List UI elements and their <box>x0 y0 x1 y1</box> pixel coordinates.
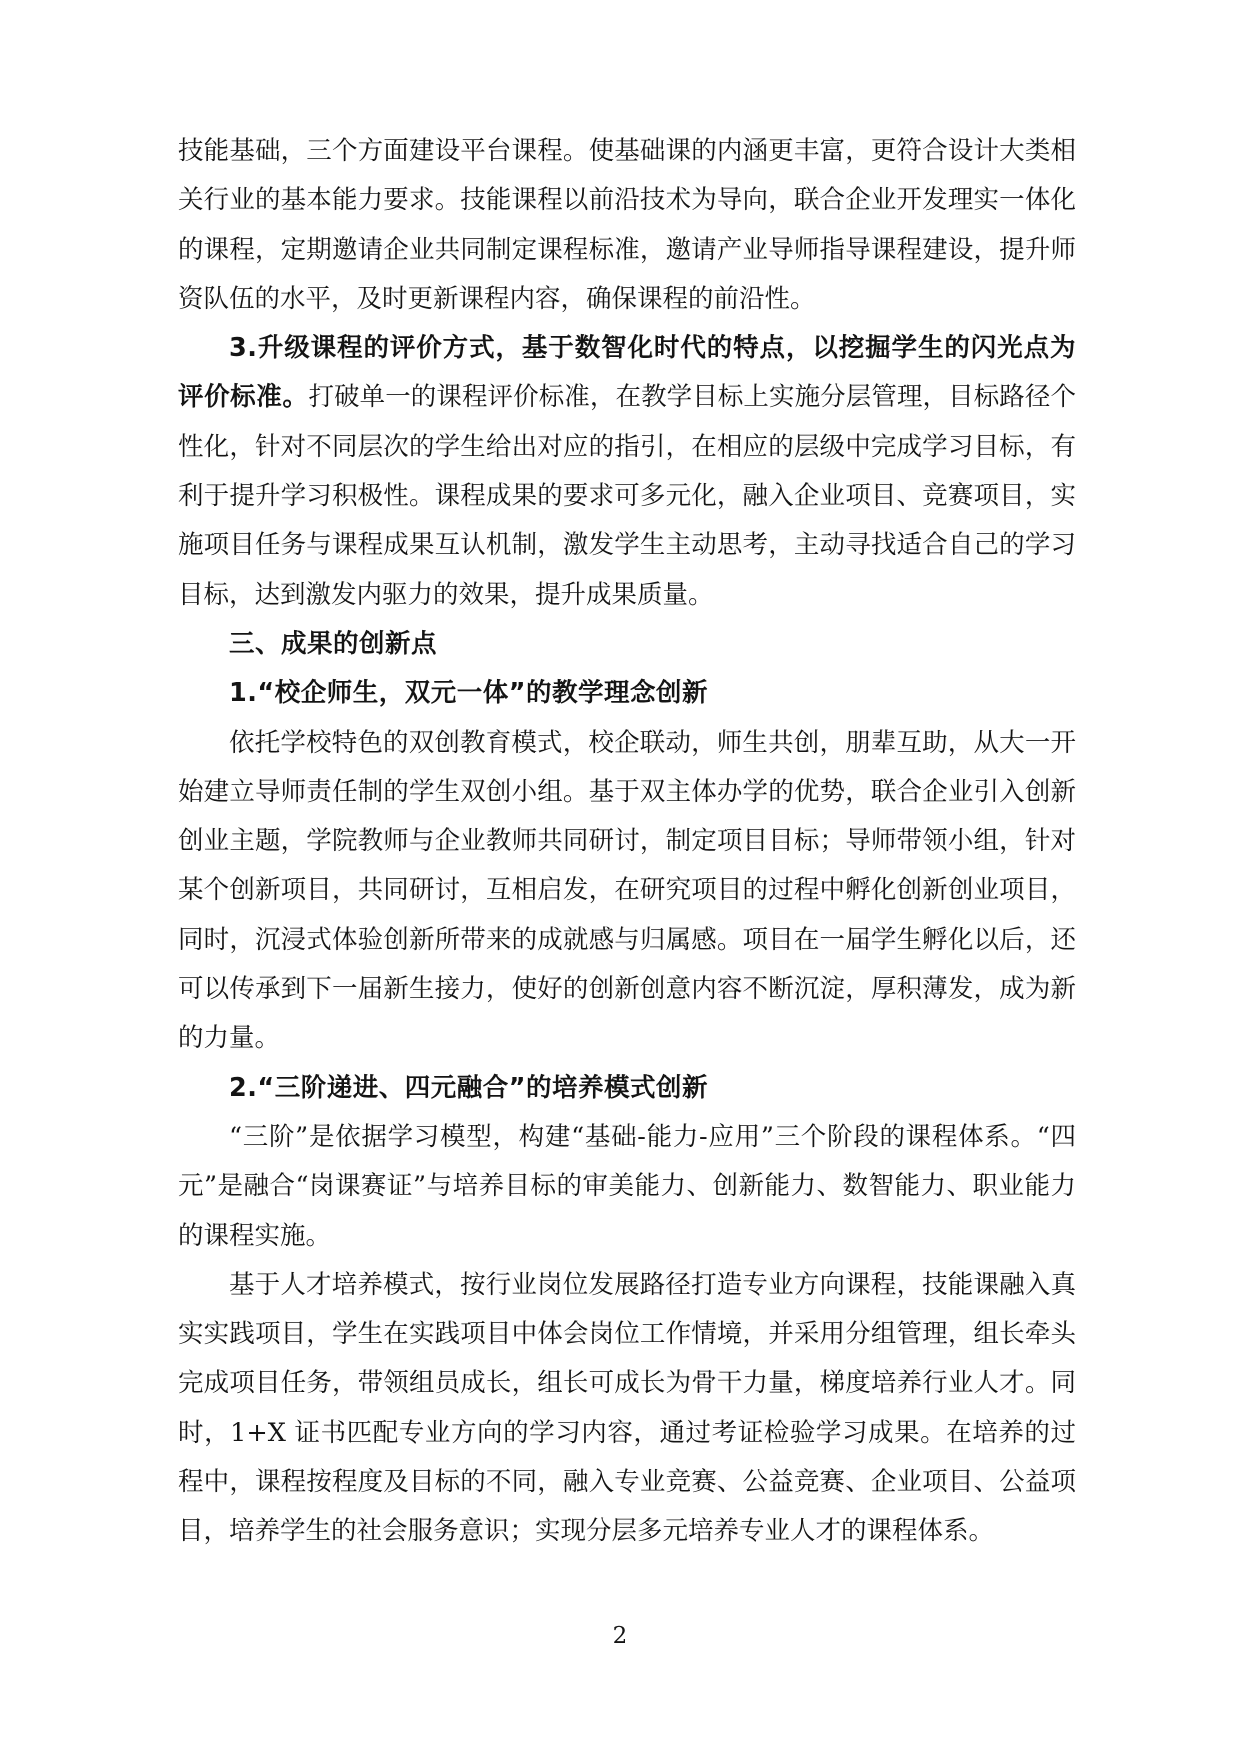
paragraph-talent-training: 基于人才培养模式，按行业岗位发展路径打造专业方向课程，技能课融入真实实践项目，学… <box>178 1261 1076 1557</box>
paragraph-three-stages: “三阶”是依据学习模型，构建“基础-能力-应用”三个阶段的课程体系。“四元”是融… <box>178 1113 1076 1261</box>
document-page: 技能基础，三个方面建设平台课程。使基础课的内涵更丰富，更符合设计大类相关行业的基… <box>0 0 1240 1753</box>
page-number: 2 <box>0 1622 1240 1650</box>
paragraph-evaluation-upgrade: 3.升级课程的评价方式，基于数智化时代的特点，以挖掘学生的闪光点为评价标准。打破… <box>178 324 1076 620</box>
heading-innovation-1: 1.“校企师生，双元一体”的教学理念创新 <box>178 669 1076 718</box>
paragraph-dual-education: 依托学校特色的双创教育模式，校企联动，师生共创，朋辈互助，从大一开始建立导师责任… <box>178 719 1076 1064</box>
paragraph-continuation: 技能基础，三个方面建设平台课程。使基础课的内涵更丰富，更符合设计大类相关行业的基… <box>178 127 1076 324</box>
heading-innovation-2: 2.“三阶递进、四元融合”的培养模式创新 <box>178 1064 1076 1113</box>
section-heading-innovation-points: 三、成果的创新点 <box>178 620 1076 669</box>
paragraph-evaluation-body: 打破单一的课程评价标准，在教学目标上实施分层管理，目标路径个性化，针对不同层次的… <box>178 382 1076 609</box>
content-area: 技能基础，三个方面建设平台课程。使基础课的内涵更丰富，更符合设计大类相关行业的基… <box>178 127 1076 1557</box>
